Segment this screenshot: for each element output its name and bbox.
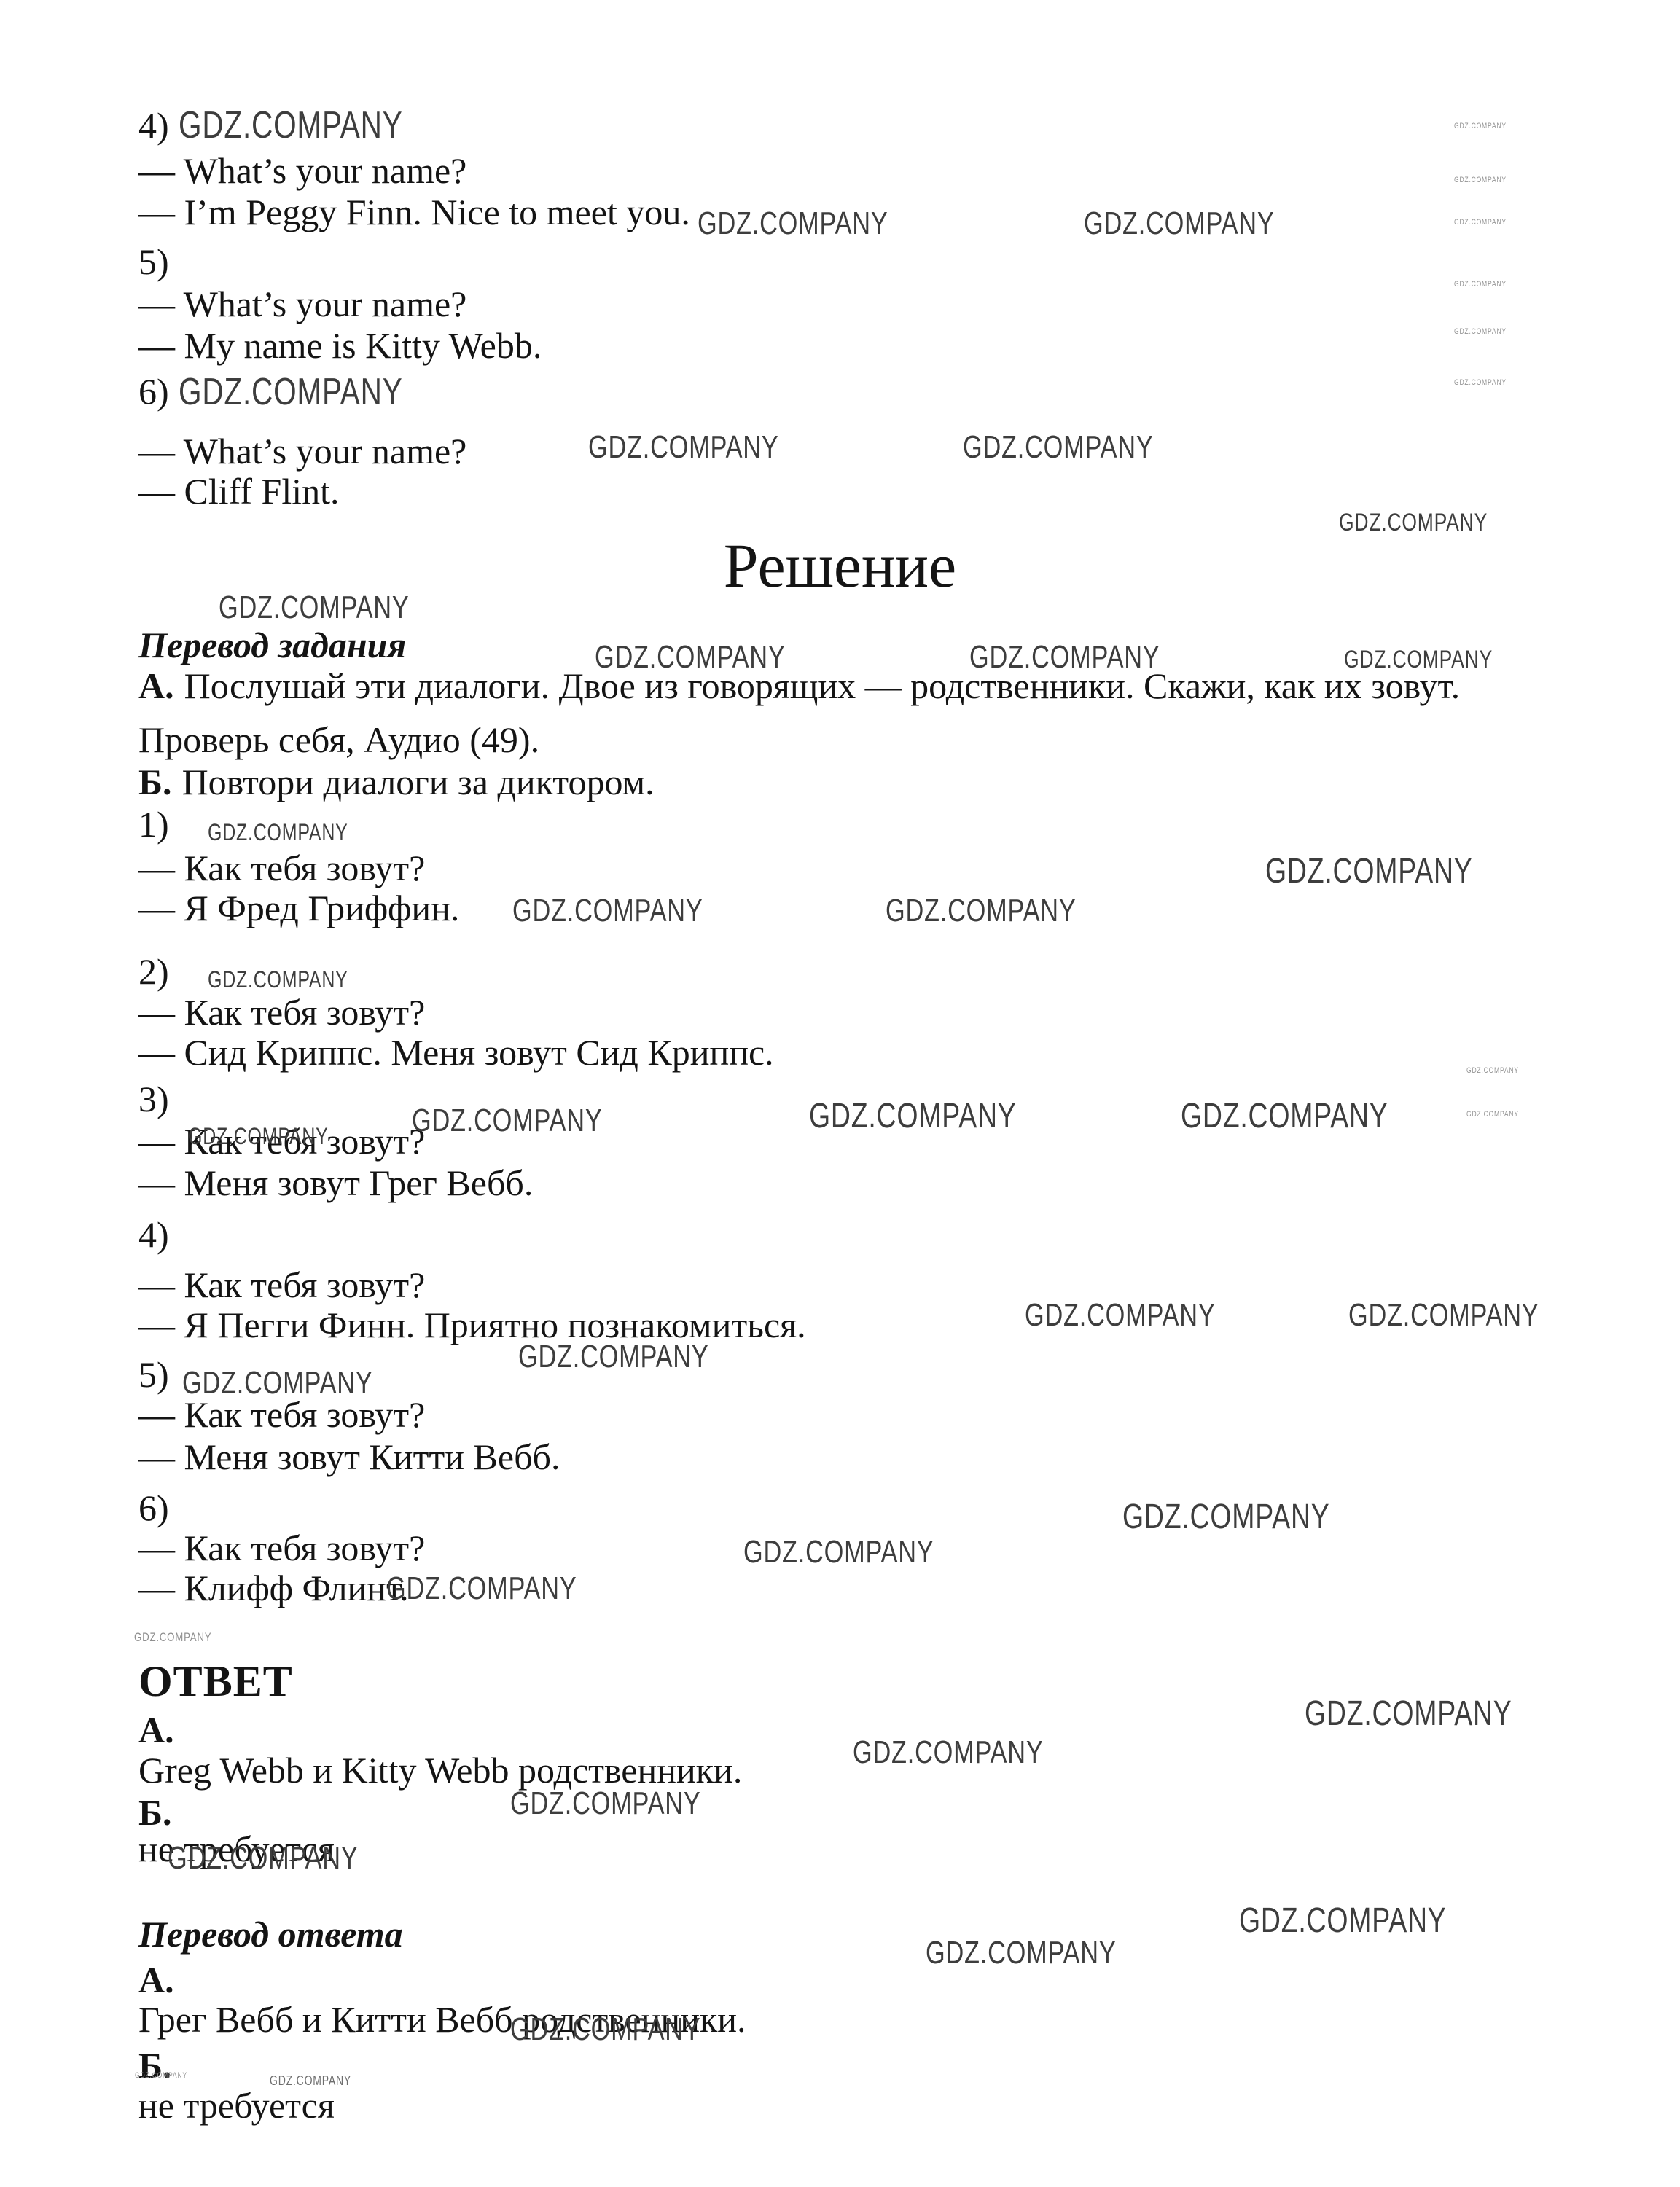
watermark: GDZ.COMPANY [1339, 510, 1488, 535]
dialog-ru-4-question: — Как тебя зовут? [138, 1264, 425, 1306]
watermark: GDZ.COMPANY [886, 895, 1077, 927]
watermark: GDZ.COMPANY [1344, 647, 1493, 672]
watermark: GDZ.COMPANY [386, 1573, 577, 1605]
watermark: GDZ.COMPANY [182, 1367, 373, 1399]
task-a-label: А. [138, 665, 174, 706]
watermark: GDZ.COMPANY [135, 2072, 187, 2080]
dialog-en-6-answer: — Cliff Flint. [138, 470, 340, 512]
watermark: GDZ.COMPANY [1348, 1299, 1539, 1331]
watermark: GDZ.COMPANY [412, 1105, 603, 1137]
watermark: GDZ.COMPANY [134, 1631, 211, 1643]
watermark: GDZ.COMPANY [1454, 176, 1507, 184]
dialog-ru-2-answer: — Сид Криппс. Меня зовут Сид Криппс. [138, 1031, 774, 1073]
dialog-ru-1-question: — Как тебя зовут? [138, 847, 425, 889]
dialog-ru-3-number: 3) [138, 1078, 169, 1120]
answer-a-label: А. [138, 1709, 174, 1751]
watermark: GDZ.COMPANY [168, 1842, 359, 1874]
dialog-ru-5-number: 5) [138, 1353, 169, 1396]
answer-heading: ОТВЕТ [138, 1660, 293, 1702]
answer-translation-a-label: А. [138, 1959, 174, 2001]
watermark: GDZ.COMPANY [963, 431, 1154, 463]
dialog-ru-5-answer: — Меня зовут Китти Вебб. [138, 1436, 560, 1478]
watermark: GDZ.COMPANY [743, 1536, 934, 1568]
task-translation-a-line2: Проверь себя, Аудио (49). [138, 719, 539, 761]
dialog-ru-4-number: 4) [138, 1213, 169, 1256]
watermark: GDZ.COMPANY [595, 641, 786, 673]
answer-translation-heading: Перевод ответа [138, 1913, 403, 1955]
watermark: GDZ.COMPANY [1305, 1697, 1512, 1732]
task-translation-a-line1: А.Послушай эти диалоги. Двое из говорящи… [138, 665, 1460, 707]
task-translation-b-line: Б.Повтори диалоги за диктором. [138, 761, 655, 803]
task-b-text: Повтори диалоги за диктором. [182, 762, 655, 802]
watermark: GDZ.COMPANY [512, 895, 703, 927]
watermark: GDZ.COMPANY [219, 592, 410, 624]
watermark: GDZ.COMPANY [1454, 281, 1507, 289]
dialog-en-6-question: — What’s your name? [138, 430, 466, 472]
dialog-en-6-number: 6) [138, 370, 169, 412]
answer-translation-b-label: Б. [138, 2044, 172, 2086]
watermark: GDZ.COMPANY [969, 641, 1160, 673]
watermark: GDZ.COMPANY [1122, 1500, 1330, 1535]
watermark: GDZ.COMPANY [1265, 854, 1473, 889]
watermark: GDZ.COMPANY [208, 968, 348, 991]
watermark: GDZ.COMPANY [1454, 122, 1507, 130]
dialog-ru-6-answer: — Клифф Флинт. [138, 1567, 409, 1609]
dialog-ru-1-answer: — Я Фред Гриффин. [138, 887, 459, 929]
watermark: GDZ.COMPANY [853, 1737, 1044, 1769]
watermark: GDZ.COMPANY [1084, 208, 1275, 240]
watermark: GDZ.COMPANY [1454, 328, 1507, 336]
watermark: GDZ.COMPANY [926, 1937, 1117, 1969]
task-b-label: Б. [138, 762, 172, 802]
dialog-en-4-number: 4) [138, 104, 169, 146]
watermark: GDZ.COMPANY [510, 1788, 701, 1820]
watermark: GDZ.COMPANY [510, 2014, 701, 2046]
task-a-text: Послушай эти диалоги. Двое из говорящих … [184, 665, 1461, 706]
watermark: GDZ.COMPANY [208, 821, 348, 844]
watermark: GDZ.COMPANY [1181, 1099, 1388, 1134]
watermark: GDZ.COMPANY [1239, 1904, 1447, 1938]
dialog-en-5-answer: — My name is Kitty Webb. [138, 324, 542, 367]
watermark: GDZ.COMPANY [588, 431, 779, 463]
dialog-en-4-question: — What’s your name? [138, 149, 466, 192]
dialog-en-4-answer: — I’m Peggy Finn. Nice to meet you. [138, 191, 690, 233]
dialog-ru-6-question: — Как тебя зовут? [138, 1527, 425, 1569]
task-translation-heading: Перевод задания [138, 624, 406, 666]
watermark: GDZ.COMPANY [518, 1341, 709, 1373]
watermark: GDZ.COMPANY [270, 2074, 351, 2087]
watermark: GDZ.COMPANY [1025, 1299, 1216, 1331]
watermark: GDZ.COMPANY [188, 1124, 329, 1148]
watermark: GDZ.COMPANY [179, 373, 403, 411]
dialog-en-5-number: 5) [138, 240, 169, 283]
dialog-ru-6-number: 6) [138, 1487, 169, 1529]
dialog-ru-1-number: 1) [138, 803, 169, 845]
dialog-en-5-question: — What’s your name? [138, 283, 466, 325]
watermark: GDZ.COMPANY [179, 106, 403, 144]
watermark: GDZ.COMPANY [1454, 379, 1507, 387]
dialog-ru-3-answer: — Меня зовут Грег Вебб. [138, 1162, 533, 1204]
watermark: GDZ.COMPANY [809, 1099, 1017, 1134]
dialog-ru-2-number: 2) [138, 950, 169, 993]
document-page: 4) — What’s your name? — I’m Peggy Finn.… [0, 0, 1680, 2187]
answer-translation-b-text: не требуется [138, 2084, 335, 2127]
watermark: GDZ.COMPANY [698, 208, 888, 240]
watermark: GDZ.COMPANY [1454, 219, 1507, 227]
watermark: GDZ.COMPANY [1466, 1111, 1519, 1119]
watermark: GDZ.COMPANY [1466, 1067, 1519, 1075]
dialog-ru-2-question: — Как тебя зовут? [138, 991, 425, 1033]
